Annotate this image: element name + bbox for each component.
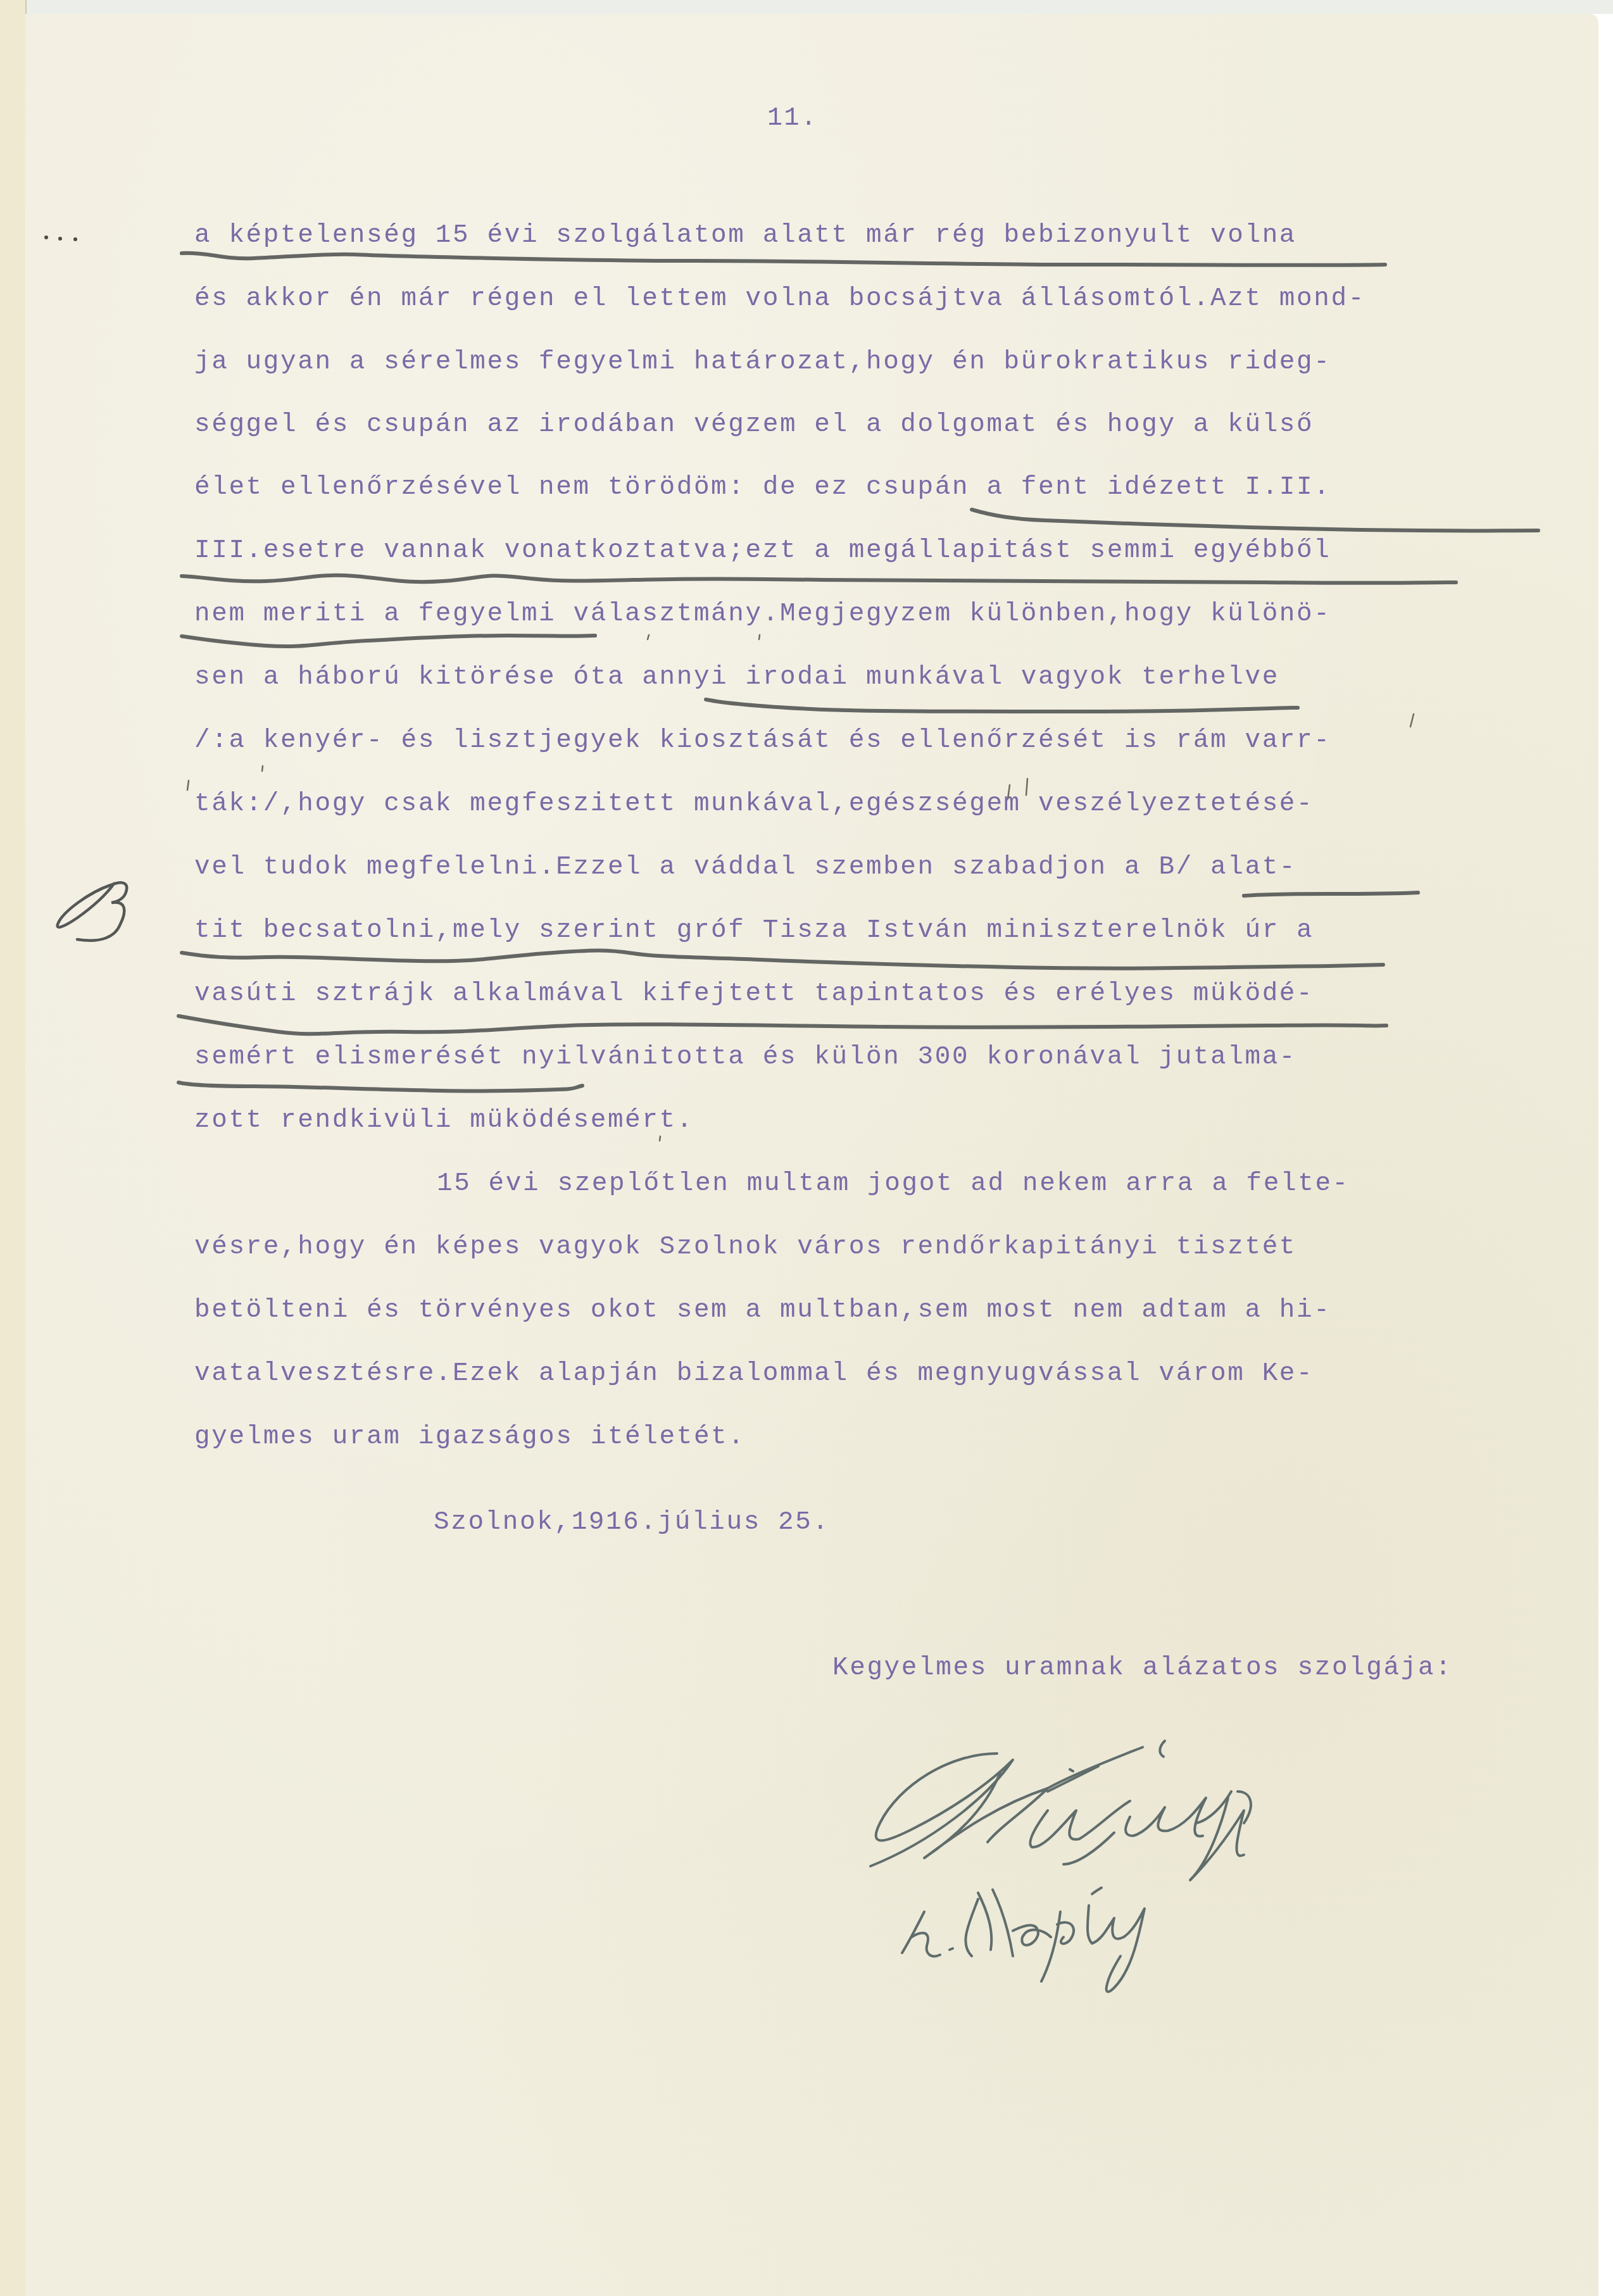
margin-dot-3: [73, 237, 77, 241]
body-line-3: ja ugyan a sérelmes fegyelmi határozat,h…: [194, 349, 1331, 375]
margin-dot-1: [44, 235, 48, 239]
page-number: 11.: [767, 106, 818, 132]
margin-dot-2: [58, 237, 62, 241]
paragraph2-line-3: betölteni és törvényes okot sem a multba…: [194, 1298, 1331, 1324]
body-line-10: ták:/,hogy csak megfeszitett munkával,eg…: [194, 791, 1314, 817]
body-line-15: zott rendkivüli müködésemért.: [194, 1108, 694, 1134]
body-line-4: séggel és csupán az irodában végzem el a…: [194, 412, 1314, 438]
paragraph2-line-1: 15 évi szeplőtlen multam jogot ad nekem …: [437, 1171, 1350, 1197]
body-line-2: és akkor én már régen el lettem volna bo…: [194, 286, 1365, 312]
body-line-1: a képtelenség 15 évi szolgálatom alatt m…: [194, 223, 1296, 249]
date-line: Szolnok,1916.július 25.: [434, 1510, 830, 1536]
scan-background-top: [0, 0, 1613, 14]
body-line-11: vel tudok megfelelni.Ezzel a váddal szem…: [194, 855, 1296, 881]
paragraph2-line-5: gyelmes uram igazságos itéletét.: [194, 1424, 746, 1450]
body-line-9: /:a kenyér- és lisztjegyek kiosztását és…: [194, 728, 1331, 754]
paragraph2-line-2: vésre,hogy én képes vagyok Szolnok város…: [194, 1234, 1296, 1260]
closing-salutation: Kegyelmes uramnak alázatos szolgája:: [832, 1655, 1452, 1681]
paragraph2-line-4: vatalvesztésre.Ezek alapján bizalommal é…: [194, 1361, 1314, 1387]
body-line-6: III.esetre vannak vonatkoztatva;ezt a me…: [194, 538, 1331, 564]
body-line-8: sen a háború kitörése óta annyi irodai m…: [194, 665, 1279, 691]
body-line-13: vasúti sztrájk alkalmával kifejtett tapi…: [194, 981, 1314, 1007]
body-line-5: élet ellenőrzésével nem törödöm: de ez c…: [194, 475, 1331, 501]
body-line-14: semért elismerését nyilvánitotta és külö…: [194, 1044, 1296, 1070]
previous-page-edge: [0, 0, 27, 2296]
body-line-12: tit becsatolni,mely szerint gróf Tisza I…: [194, 918, 1314, 944]
body-line-7: nem meriti a fegyelmi választmány.Megjeg…: [194, 601, 1331, 627]
